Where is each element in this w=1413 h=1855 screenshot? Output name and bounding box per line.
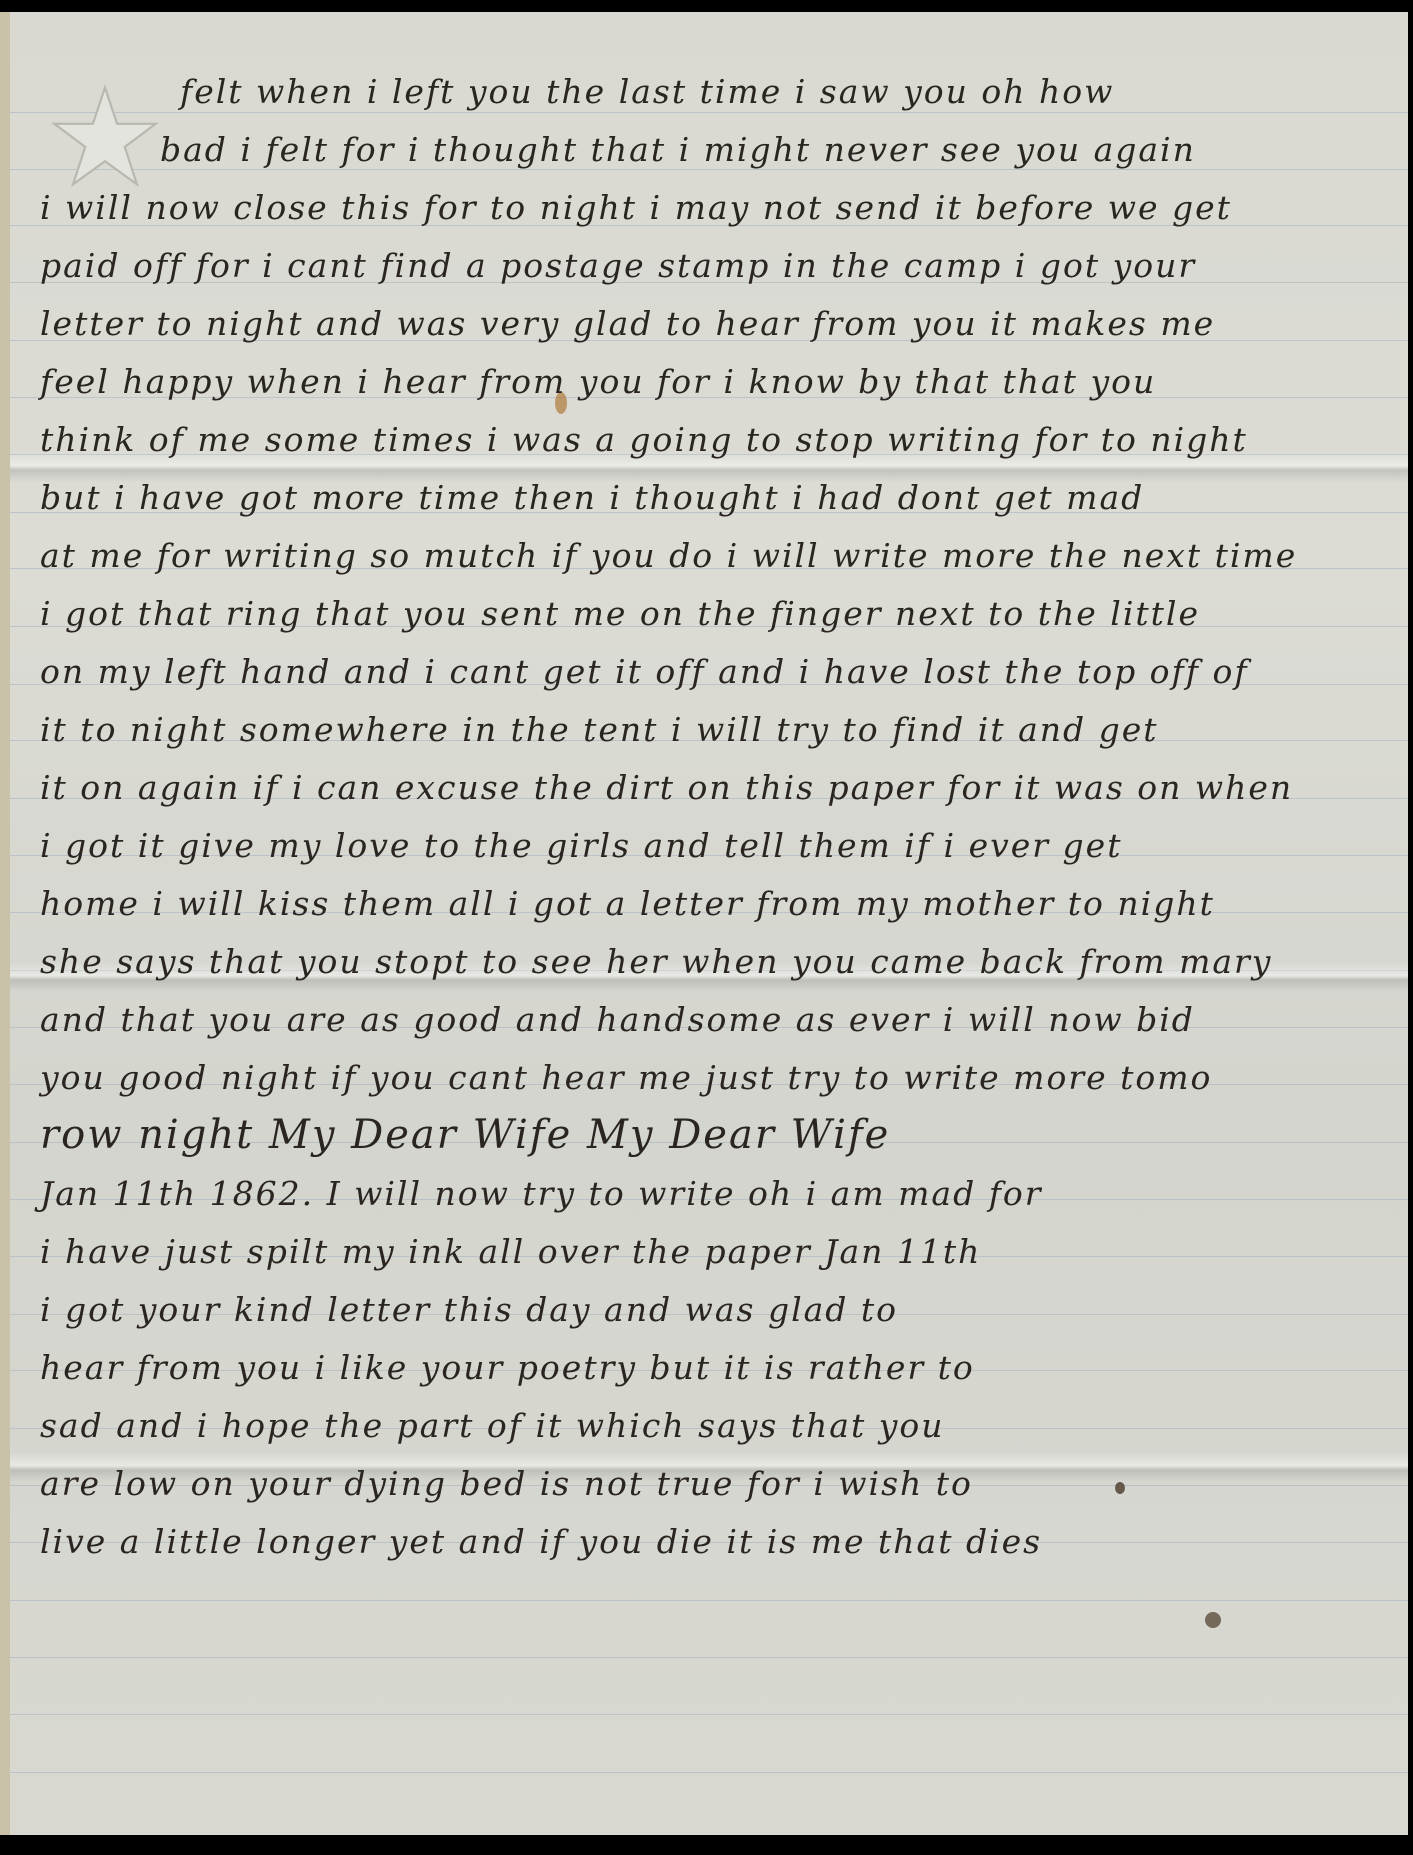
- ruled-line: [10, 1657, 1408, 1658]
- letter-line: i will now close this for to night i may…: [40, 188, 1388, 227]
- letter-line: and that you are as good and handsome as…: [40, 1000, 1388, 1039]
- letter-line: i got that ring that you sent me on the …: [40, 594, 1388, 633]
- letter-line: i got your kind letter this day and was …: [40, 1290, 1388, 1329]
- letter-line: hear from you i like your poetry but it …: [40, 1348, 1388, 1387]
- ink-stain: [1205, 1612, 1221, 1628]
- letter-dateline: Jan 11th 1862. I will now try to write o…: [40, 1174, 1388, 1213]
- letter-line: she says that you stopt to see her when …: [40, 942, 1388, 981]
- star-emboss-icon: [50, 82, 160, 192]
- letter-line: feel happy when i hear from you for i kn…: [40, 362, 1388, 401]
- letter-page: felt when i left you the last time i saw…: [0, 12, 1408, 1835]
- letter-line: but i have got more time then i thought …: [40, 478, 1388, 517]
- letter-line: home i will kiss them all i got a letter…: [40, 884, 1388, 923]
- letter-line: i have just spilt my ink all over the pa…: [40, 1232, 1388, 1271]
- letter-line: you good night if you cant hear me just …: [40, 1058, 1388, 1097]
- ruled-line: [10, 112, 1408, 113]
- ruled-line: [10, 1714, 1408, 1715]
- letter-salutation: row night My Dear Wife My Dear Wife: [40, 1112, 1388, 1158]
- letter-line: at me for writing so mutch if you do i w…: [40, 536, 1388, 575]
- letter-line: paid off for i cant find a postage stamp…: [40, 246, 1388, 285]
- letter-line: bad i felt for i thought that i might ne…: [160, 130, 1388, 169]
- letter-line: sad and i hope the part of it which says…: [40, 1406, 1388, 1445]
- letter-line: it to night somewhere in the tent i will…: [40, 710, 1388, 749]
- letter-line: think of me some times i was a going to …: [40, 420, 1388, 459]
- letter-line: on my left hand and i cant get it off an…: [40, 652, 1388, 691]
- letter-line: it on again if i can excuse the dirt on …: [40, 768, 1388, 807]
- letter-line: are low on your dying bed is not true fo…: [40, 1464, 1388, 1503]
- letter-line: i got it give my love to the girls and t…: [40, 826, 1388, 865]
- ruled-line: [10, 169, 1408, 170]
- letter-line: letter to night and was very glad to hea…: [40, 304, 1388, 343]
- ruled-line: [10, 1772, 1408, 1773]
- ruled-line: [10, 1600, 1408, 1601]
- letter-line: live a little longer yet and if you die …: [40, 1522, 1388, 1561]
- letter-line: felt when i left you the last time i saw…: [180, 72, 1388, 111]
